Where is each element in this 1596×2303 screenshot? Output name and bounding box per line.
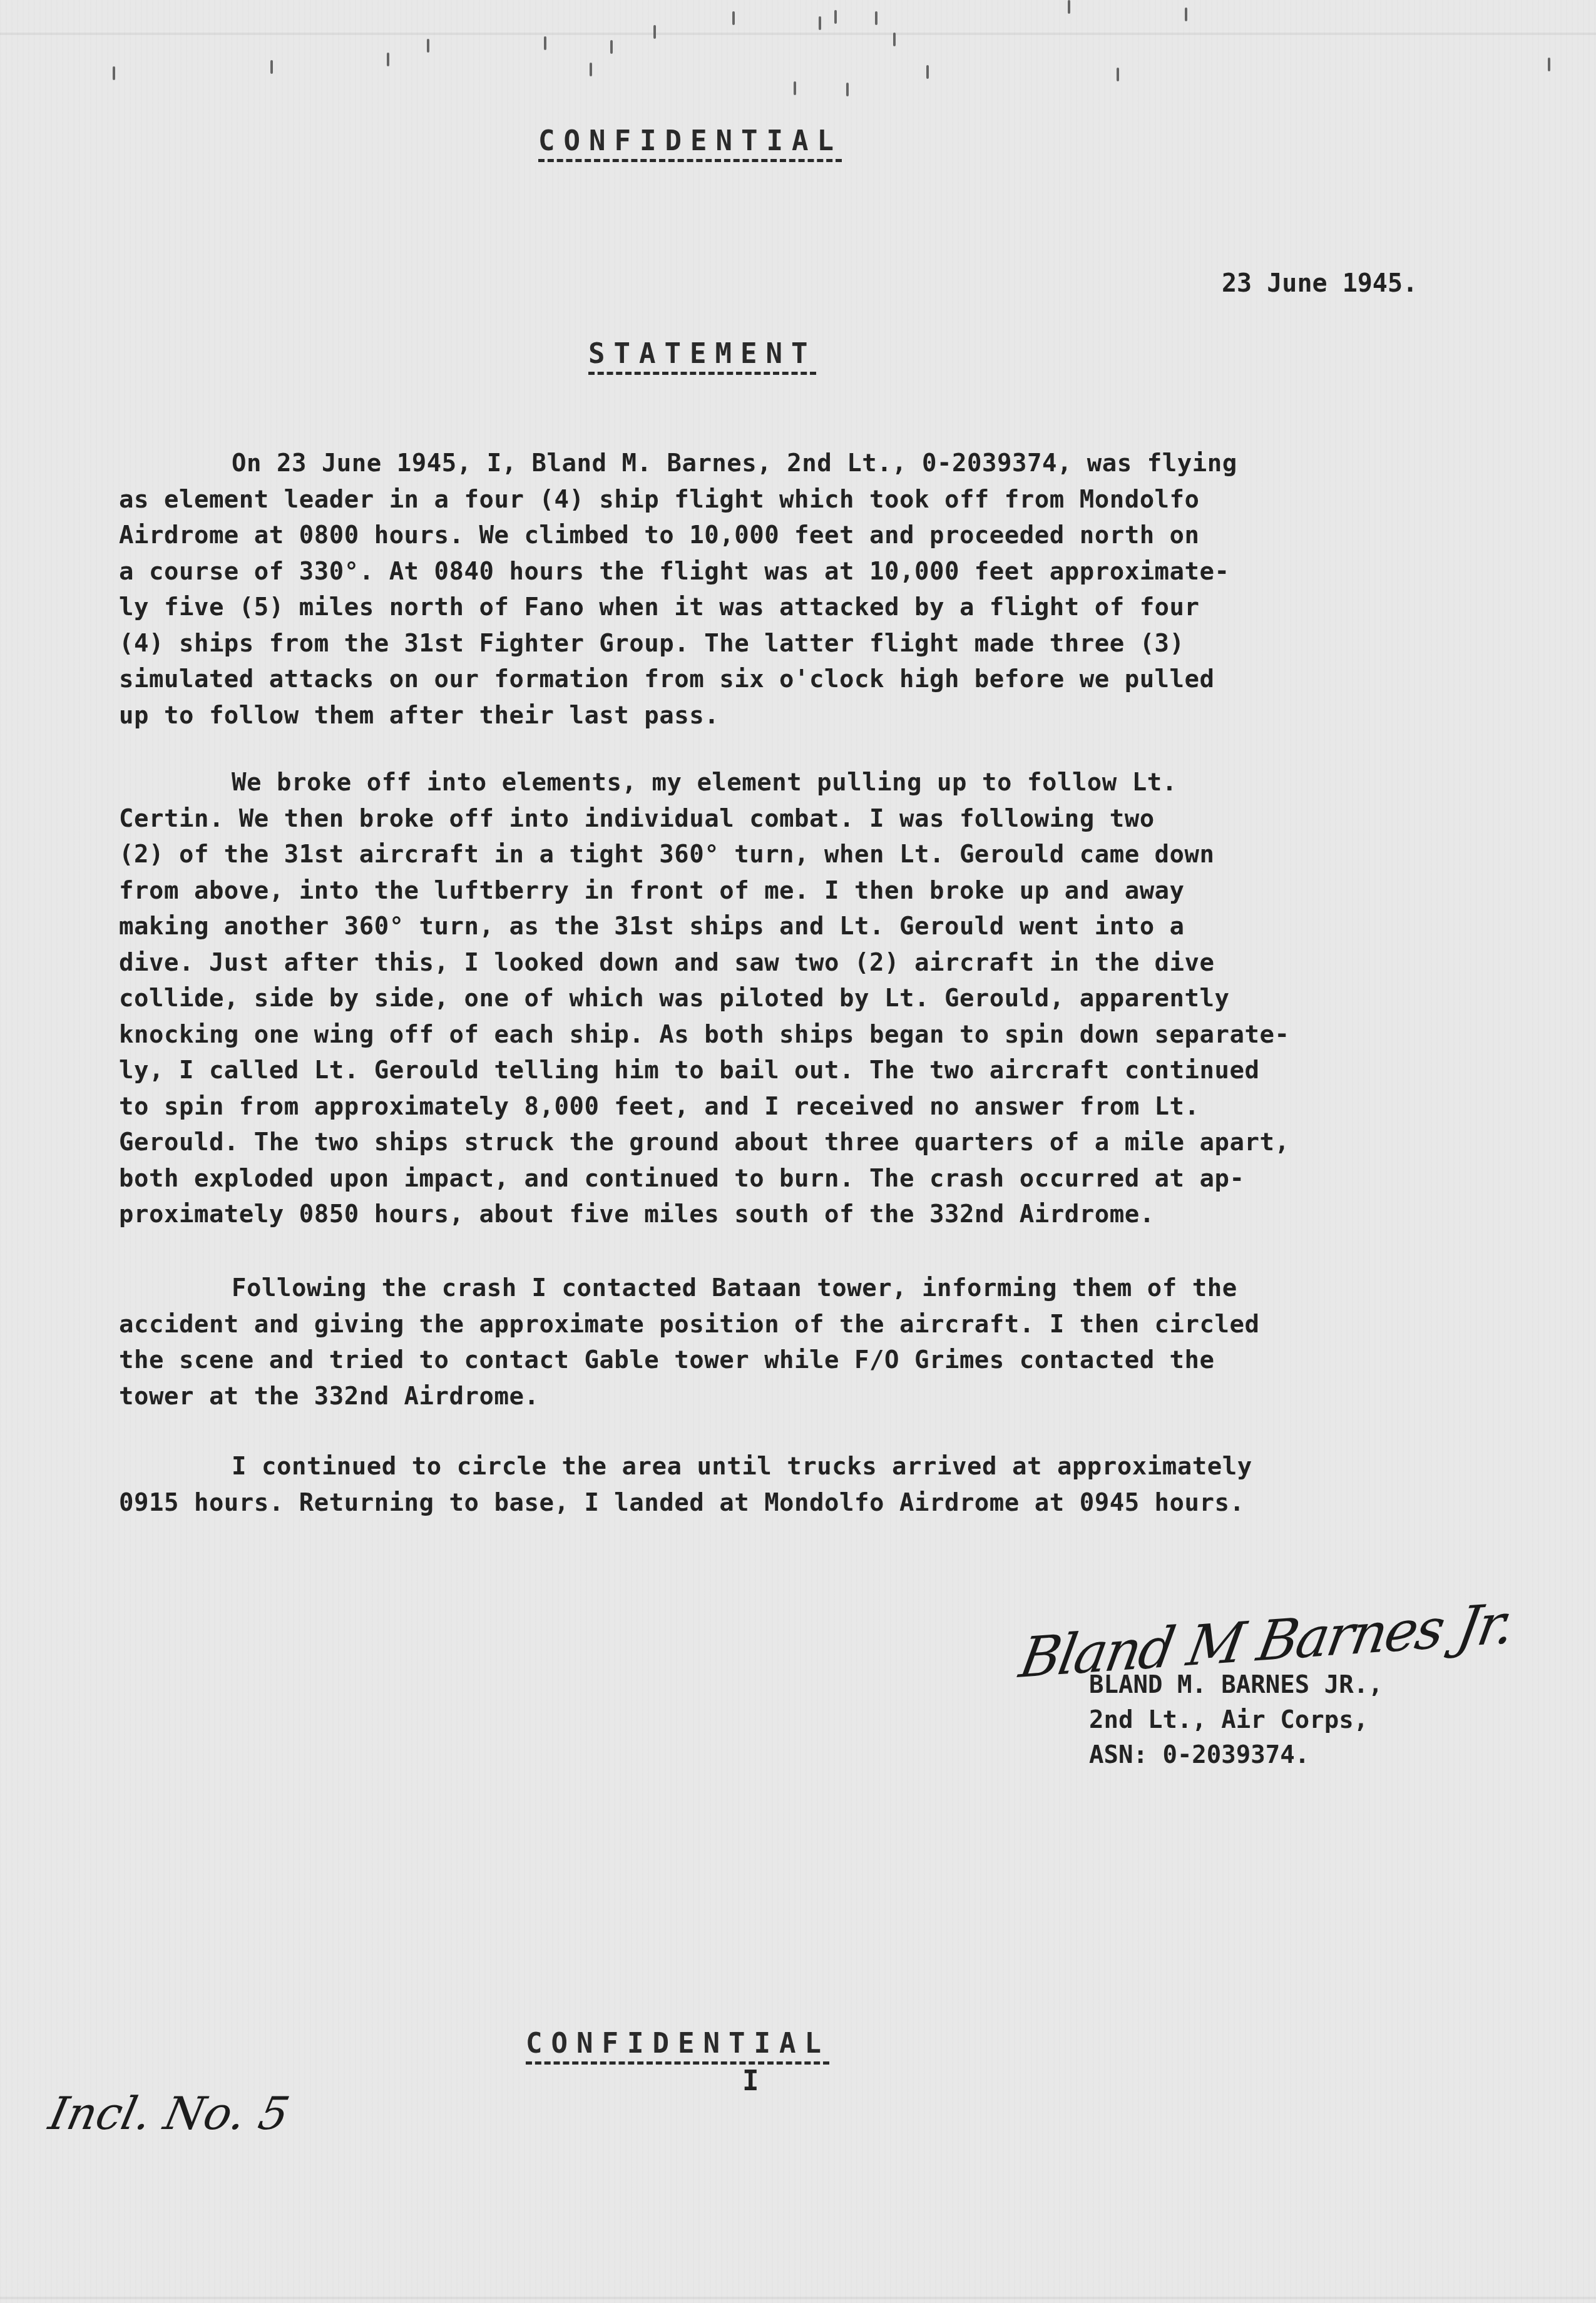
text-line: ly, I called Lt. Gerould telling him to … [119, 1053, 1546, 1089]
text-line: (4) ships from the 31st Fighter Group. T… [119, 626, 1546, 662]
paragraph-2: We broke off into elements, my element p… [119, 765, 1546, 1233]
scan-artifact-line [0, 2297, 1596, 2299]
scan-speck [834, 10, 837, 24]
document-title: STATEMENT [588, 338, 816, 370]
text-line: Certin. We then broke off into individua… [119, 801, 1546, 837]
scan-speck [1185, 8, 1187, 21]
text-line: dive. Just after this, I looked down and… [119, 945, 1546, 981]
scan-speck [653, 25, 656, 39]
text-line: a course of 330°. At 0840 hours the flig… [119, 554, 1546, 590]
scan-speck [1068, 0, 1070, 14]
signature-block: BLAND M. BARNES JR., 2nd Lt., Air Corps,… [1089, 1668, 1383, 1773]
text-line: Gerould. The two ships struck the ground… [119, 1125, 1546, 1161]
scan-speck [270, 60, 273, 74]
text-line: 0915 hours. Returning to base, I landed … [119, 1485, 1546, 1521]
text-line: I continued to circle the area until tru… [119, 1449, 1546, 1485]
text-line: Airdrome at 0800 hours. We climbed to 10… [119, 518, 1546, 554]
text-line: the scene and tried to contact Gable tow… [119, 1342, 1546, 1379]
text-line: collide, side by side, one of which was … [119, 981, 1546, 1017]
text-line: as element leader in a four (4) ship fli… [119, 482, 1546, 518]
text-line: (2) of the 31st aircraft in a tight 360°… [119, 837, 1546, 873]
scan-speck [732, 11, 735, 25]
text-line: tower at the 332nd Airdrome. [119, 1379, 1546, 1415]
paragraph-3: Following the crash I contacted Bataan t… [119, 1270, 1546, 1414]
scan-speck [610, 40, 613, 54]
document-date: 23 June 1945. [1222, 269, 1418, 298]
page-number: I [742, 2065, 759, 2097]
scan-artifact-line [0, 33, 1596, 35]
document-page: CONFIDENTIAL 23 June 1945. STATEMENT On … [0, 0, 1596, 2303]
scan-speck [1548, 58, 1550, 71]
text-line: from above, into the luftberry in front … [119, 873, 1546, 909]
text-line: to spin from approximately 8,000 feet, a… [119, 1089, 1546, 1125]
scan-speck [113, 66, 115, 80]
scan-speck [893, 33, 896, 46]
classification-footer: CONFIDENTIAL [526, 2028, 830, 2060]
paragraph-1: On 23 June 1945, I, Bland M. Barnes, 2nd… [119, 446, 1546, 733]
scan-speck [846, 83, 849, 96]
enclosure-note: Incl. No. 5 [44, 2087, 294, 2140]
scan-speck [926, 65, 929, 79]
text-line: knocking one wing off of each ship. As b… [119, 1017, 1546, 1053]
text-line: ly five (5) miles north of Fano when it … [119, 590, 1546, 626]
text-line: both exploded upon impact, and continued… [119, 1161, 1546, 1197]
scan-speck [544, 36, 546, 50]
scan-speck [387, 53, 389, 66]
text-line: proximately 0850 hours, about five miles… [119, 1197, 1546, 1233]
scan-speck [794, 81, 796, 95]
text-line: We broke off into elements, my element p… [119, 765, 1546, 801]
scan-speck [1117, 68, 1119, 81]
scan-speck [819, 16, 821, 30]
signer-serial: ASN: 0-2039374. [1089, 1738, 1383, 1773]
text-line: simulated attacks on our formation from … [119, 661, 1546, 698]
signer-name: BLAND M. BARNES JR., [1089, 1668, 1383, 1703]
scan-speck [427, 39, 429, 53]
text-line: making another 360° turn, as the 31st sh… [119, 909, 1546, 945]
text-line: accident and giving the approximate posi… [119, 1307, 1546, 1343]
paragraph-4: I continued to circle the area until tru… [119, 1449, 1546, 1521]
scan-speck [590, 63, 592, 76]
text-line: Following the crash I contacted Bataan t… [119, 1270, 1546, 1307]
text-line: up to follow them after their last pass. [119, 698, 1546, 734]
classification-header: CONFIDENTIAL [538, 125, 842, 157]
text-line: On 23 June 1945, I, Bland M. Barnes, 2nd… [119, 446, 1546, 482]
scan-speck [875, 11, 877, 25]
signer-rank: 2nd Lt., Air Corps, [1089, 1703, 1383, 1738]
